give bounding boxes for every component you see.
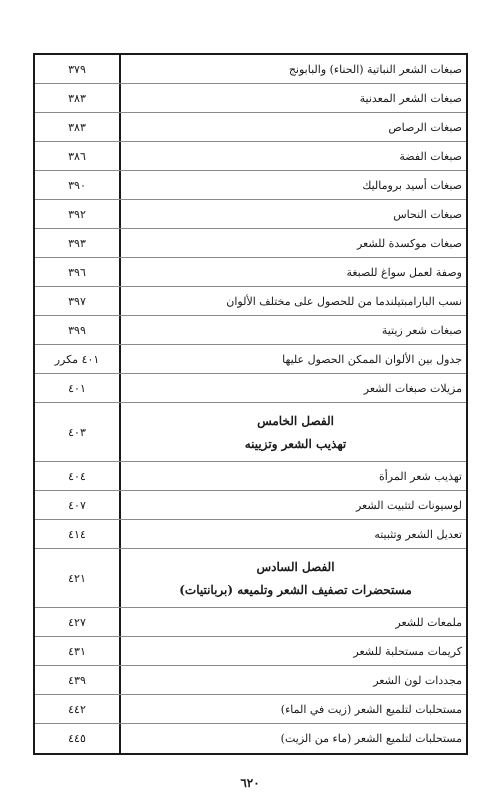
toc-row: مستحلبات لتلميع الشعر (زيت في الماء) ٤٤٢ bbox=[35, 695, 466, 724]
entry-title: صبغات أسيد بروماليك bbox=[121, 171, 466, 199]
entry-title: صبغات شعر زيتية bbox=[121, 316, 466, 344]
entry-page: ٣٩٩ bbox=[35, 316, 121, 344]
toc-row: مجددات لون الشعر ٤٣٩ bbox=[35, 666, 466, 695]
entry-page: ٤٠١ مكرر bbox=[35, 345, 121, 373]
entry-title: صبغات النحاس bbox=[121, 200, 466, 228]
toc-row: صبغات النحاس ٣٩٢ bbox=[35, 200, 466, 229]
entry-title: كريمات مستحلبة للشعر bbox=[121, 637, 466, 665]
chapter-title: تهذيب الشعر وتزيينه bbox=[245, 437, 347, 451]
entry-page: ٣٩٠ bbox=[35, 171, 121, 199]
entry-page: ٤٤٥ bbox=[35, 724, 121, 753]
entry-page: ٤١٤ bbox=[35, 520, 121, 548]
toc-row: صبغات الفضة ٣٨٦ bbox=[35, 142, 466, 171]
entry-page: ٤٠١ bbox=[35, 374, 121, 402]
toc-row: ملمعات للشعر ٤٢٧ bbox=[35, 608, 466, 637]
chapter-label: الفصل السادس bbox=[256, 560, 334, 574]
entry-page: ٣٩٦ bbox=[35, 258, 121, 286]
chapter-title: مستحضرات تصفيف الشعر وتلميعه (بربانتيات) bbox=[179, 583, 412, 597]
toc-row: صبغات موكسدة للشعر ٣٩٣ bbox=[35, 229, 466, 258]
toc-row: صبغات أسيد بروماليك ٣٩٠ bbox=[35, 171, 466, 200]
toc-row: صبغات شعر زيتية ٣٩٩ bbox=[35, 316, 466, 345]
entry-page: ٤٣٩ bbox=[35, 666, 121, 694]
entry-title: ملمعات للشعر bbox=[121, 608, 466, 636]
entry-page: ٤٠٧ bbox=[35, 491, 121, 519]
entry-title: تعديل الشعر وتثبيته bbox=[121, 520, 466, 548]
chapter-heading: الفصل السادس مستحضرات تصفيف الشعر وتلميع… bbox=[121, 549, 466, 607]
table-of-contents: صبغات الشعر النباتية (الحناء) والبابونج … bbox=[33, 53, 468, 755]
page-number: ٦٢٠ bbox=[0, 776, 500, 790]
entry-page: ٤٢١ bbox=[35, 549, 121, 607]
entry-page: ٣٩٢ bbox=[35, 200, 121, 228]
entry-title: صبغات الفضة bbox=[121, 142, 466, 170]
entry-page: ٣٩٧ bbox=[35, 287, 121, 315]
toc-row: جدول بين الألوان الممكن الحصول عليها ٤٠١… bbox=[35, 345, 466, 374]
entry-title: جدول بين الألوان الممكن الحصول عليها bbox=[121, 345, 466, 373]
entry-title: صبغات الشعر المعدنية bbox=[121, 84, 466, 112]
entry-title: مزيلات صبغات الشعر bbox=[121, 374, 466, 402]
entry-title: نسب البارامبتيلندما من للحصول على مختلف … bbox=[121, 287, 466, 315]
toc-row: صبغات الرصاص ٣٨٣ bbox=[35, 113, 466, 142]
toc-row: تهذيب شعر المرأة ٤٠٤ bbox=[35, 462, 466, 491]
entry-page: ٤٠٣ bbox=[35, 403, 121, 461]
entry-page: ٤٢٧ bbox=[35, 608, 121, 636]
entry-title: وصفة لعمل سواغ للصبغة bbox=[121, 258, 466, 286]
entry-page: ٣٨٦ bbox=[35, 142, 121, 170]
entry-title: لوسيونات لتثبيت الشعر bbox=[121, 491, 466, 519]
toc-row: وصفة لعمل سواغ للصبغة ٣٩٦ bbox=[35, 258, 466, 287]
entry-title: صبغات الرصاص bbox=[121, 113, 466, 141]
entry-page: ٤٠٤ bbox=[35, 462, 121, 490]
chapter-heading: الفصل الخامس تهذيب الشعر وتزيينه bbox=[121, 403, 466, 461]
entry-page: ٤٣١ bbox=[35, 637, 121, 665]
toc-row: صبغات الشعر النباتية (الحناء) والبابونج … bbox=[35, 55, 466, 84]
toc-chapter-row: الفصل الخامس تهذيب الشعر وتزيينه ٤٠٣ bbox=[35, 403, 466, 462]
entry-page: ٣٨٣ bbox=[35, 113, 121, 141]
entry-title: مستحلبات لتلميع الشعر (زيت في الماء) bbox=[121, 695, 466, 723]
toc-row: نسب البارامبتيلندما من للحصول على مختلف … bbox=[35, 287, 466, 316]
toc-row: صبغات الشعر المعدنية ٣٨٣ bbox=[35, 84, 466, 113]
toc-row: مزيلات صبغات الشعر ٤٠١ bbox=[35, 374, 466, 403]
entry-title: صبغات موكسدة للشعر bbox=[121, 229, 466, 257]
entry-title: تهذيب شعر المرأة bbox=[121, 462, 466, 490]
toc-chapter-row: الفصل السادس مستحضرات تصفيف الشعر وتلميع… bbox=[35, 549, 466, 608]
entry-title: مستحلبات لتلميع الشعر (ماء من الزيت) bbox=[121, 724, 466, 753]
toc-row: لوسيونات لتثبيت الشعر ٤٠٧ bbox=[35, 491, 466, 520]
entry-page: ٤٤٢ bbox=[35, 695, 121, 723]
entry-page: ٣٩٣ bbox=[35, 229, 121, 257]
entry-title: مجددات لون الشعر bbox=[121, 666, 466, 694]
entry-page: ٣٨٣ bbox=[35, 84, 121, 112]
chapter-label: الفصل الخامس bbox=[257, 414, 334, 428]
toc-row: تعديل الشعر وتثبيته ٤١٤ bbox=[35, 520, 466, 549]
entry-title: صبغات الشعر النباتية (الحناء) والبابونج bbox=[121, 55, 466, 83]
toc-row: كريمات مستحلبة للشعر ٤٣١ bbox=[35, 637, 466, 666]
entry-page: ٣٧٩ bbox=[35, 55, 121, 83]
toc-row: مستحلبات لتلميع الشعر (ماء من الزيت) ٤٤٥ bbox=[35, 724, 466, 753]
